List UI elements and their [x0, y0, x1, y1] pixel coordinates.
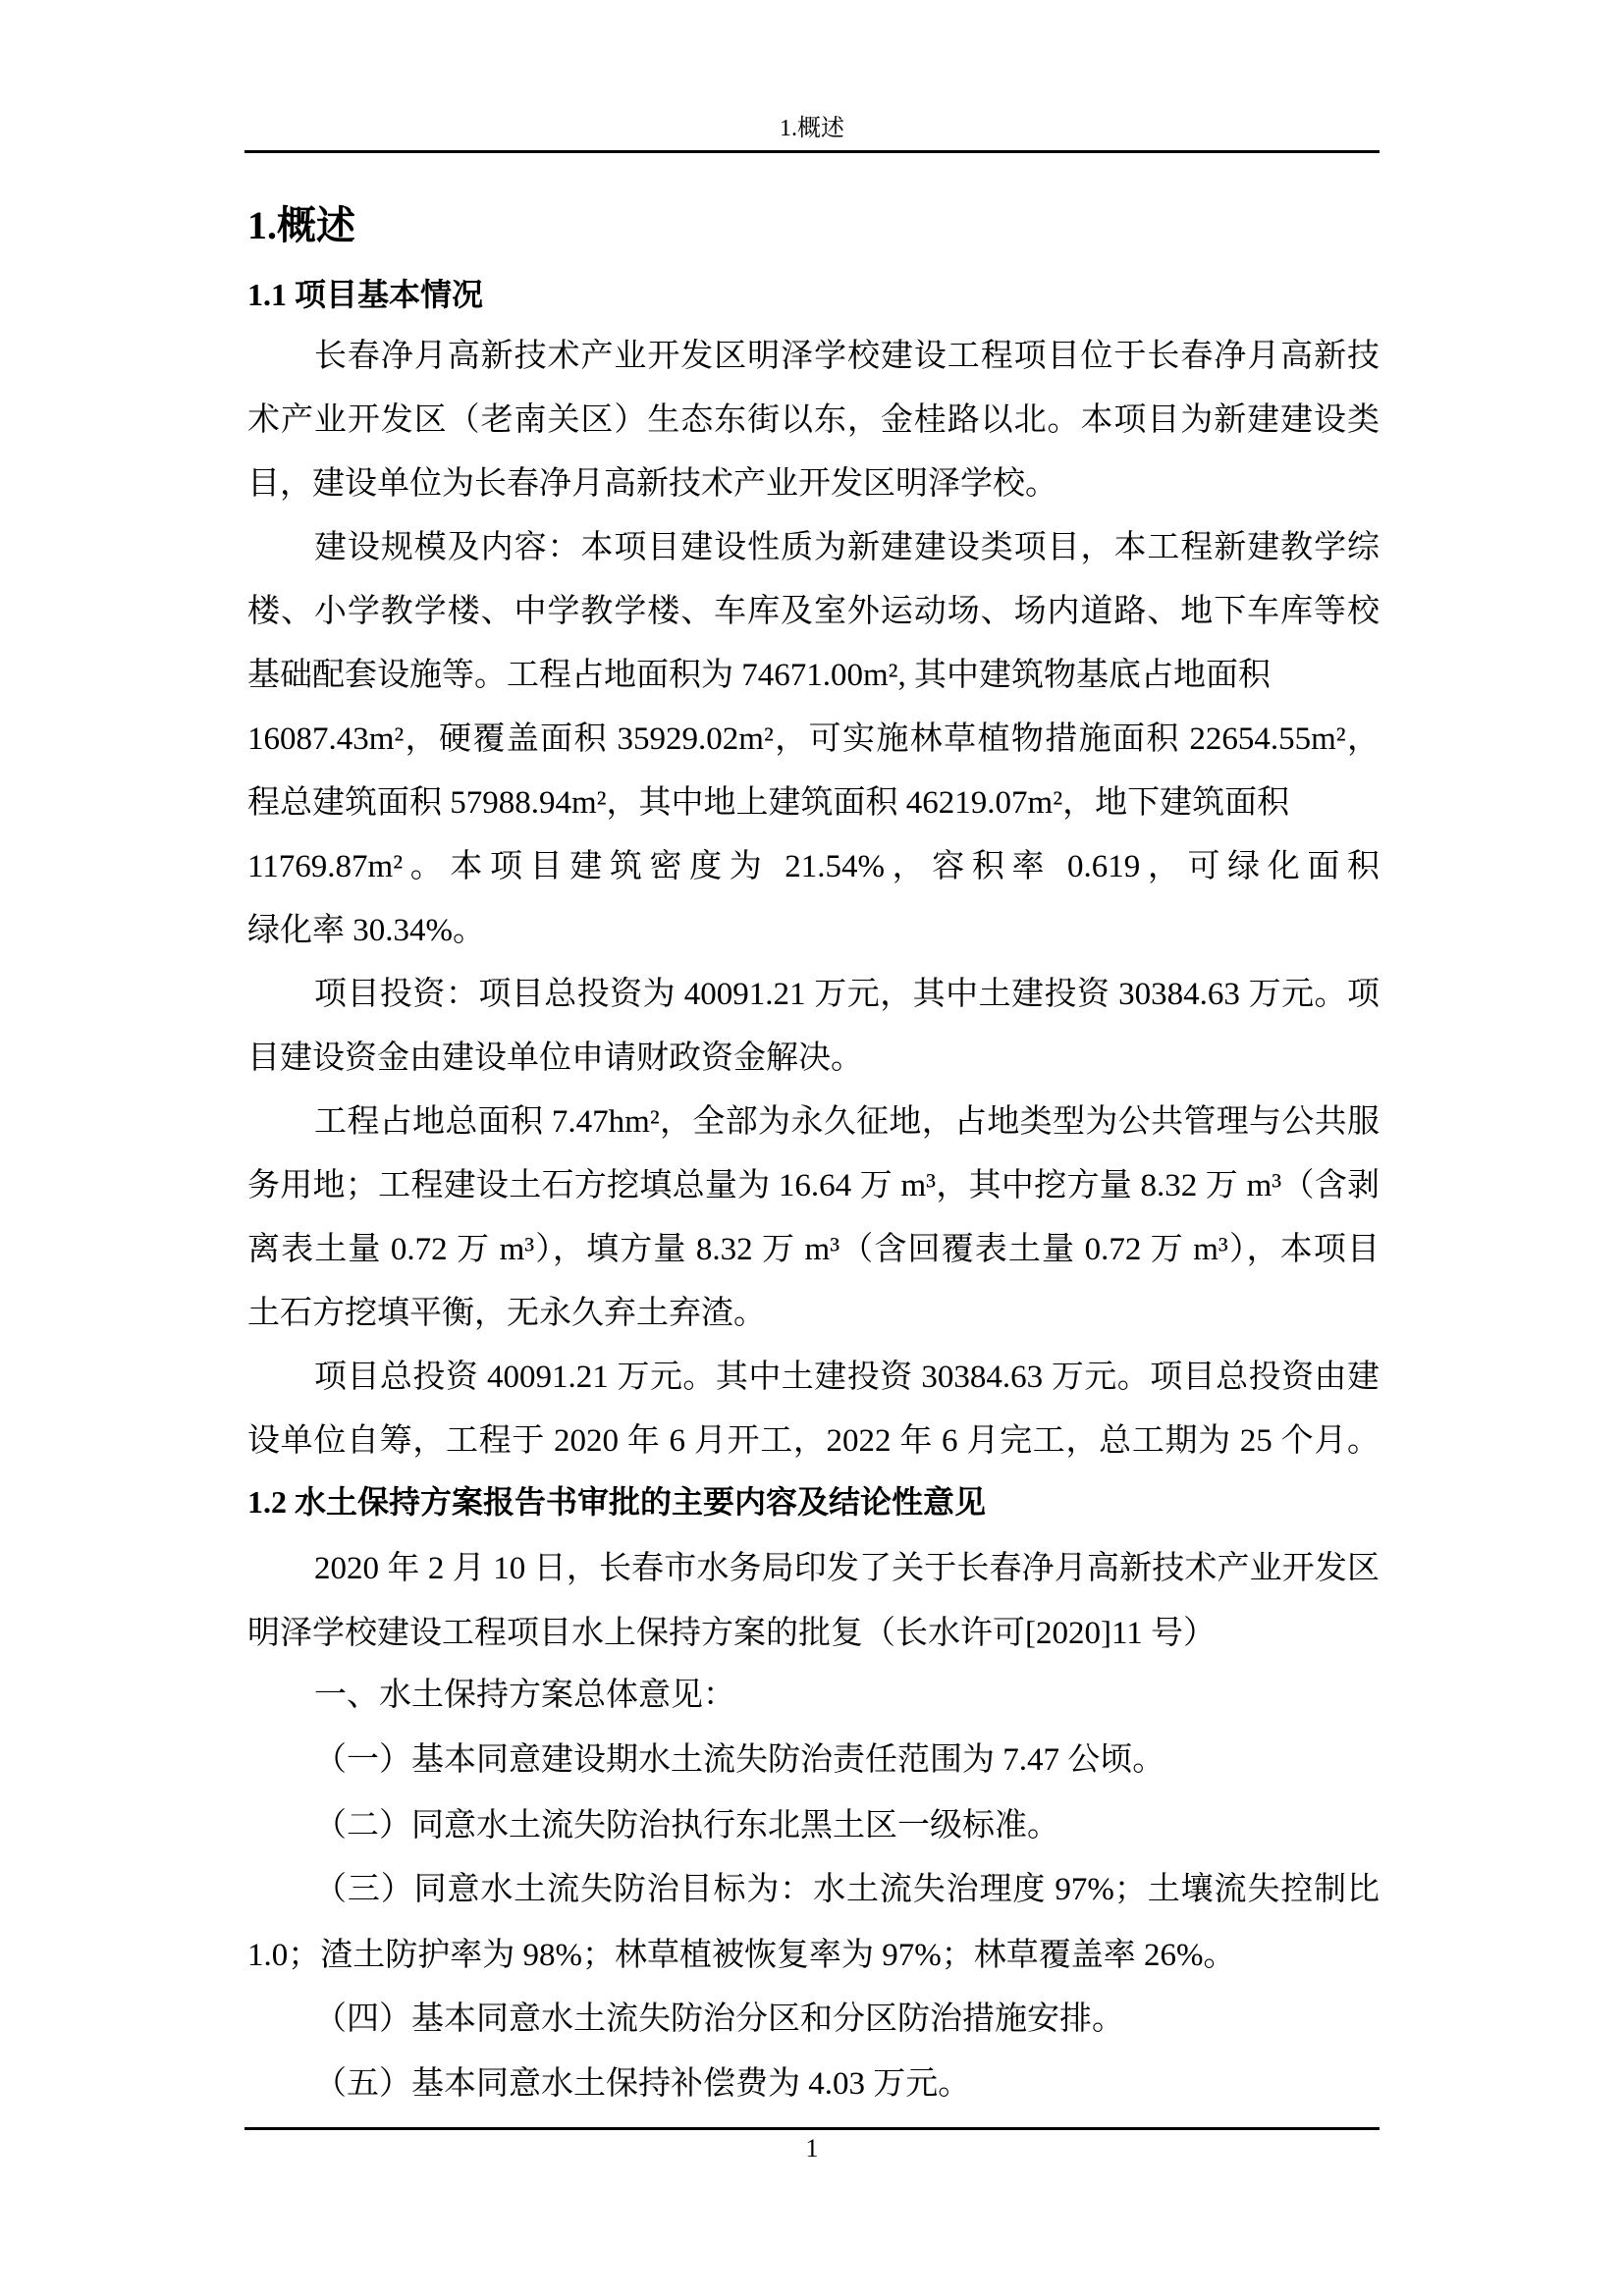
body-line: 工程占地总面积 7.47hm²，全部为永久征地，占地类型为公共管理与公共服	[314, 1100, 1380, 1144]
body-line: 项目投资：项目总投资为 40091.21 万元，其中土建投资 30384.63 …	[314, 973, 1380, 1016]
body-line: 程总建筑面积 57988.94m²，其中地上建筑面积 46219.07m²，地下…	[247, 781, 1380, 825]
document-page: 1.概述 1.概述 1.1 项目基本情况 长春净月高新技术产业开发区明泽学校建设…	[0, 0, 1624, 2296]
section-heading-1-2: 1.2 水土保持方案报告书审批的主要内容及结论性意见	[247, 1480, 986, 1523]
chapter-title: 1.概述	[247, 200, 355, 251]
body-line: 基础配套设施等。工程占地面积为 74671.00m², 其中建筑物基底占地面积	[247, 654, 1380, 697]
running-header: 1.概述	[0, 112, 1624, 145]
body-line: 务用地；工程建设土石方挖填总量为 16.64 万 m³，其中挖方量 8.32 万…	[247, 1164, 1380, 1207]
body-line: 绿化率 30.34%。	[247, 909, 1380, 952]
body-line: 土石方挖填平衡，无永久弃土弃渣。	[247, 1292, 1380, 1335]
body-line: 长春净月高新技术产业开发区明泽学校建设工程项目位于长春净月高新技	[314, 335, 1380, 378]
footer-rule	[244, 2127, 1380, 2130]
opinion-item: （四）基本同意水土流失防治分区和分区防治措施安排。	[314, 1998, 1380, 2041]
body-line: 建设规模及内容：本项目建设性质为新建建设类项目，本工程新建教学综合	[314, 526, 1380, 569]
opinion-item-continued: 1.0；渣土防护率为 98%；林草植被恢复率为 97%；林草覆盖率 26%。	[247, 1934, 1380, 1977]
body-line: 术产业开发区（老南关区）生态东街以东，金桂路以北。本项目为新建建设类项	[247, 399, 1380, 442]
opinion-item: （一）基本同意建设期水土流失防治责任范围为 7.47 公顷。	[314, 1738, 1380, 1782]
body-line: 2020 年 2 月 10 日，长春市水务局印发了关于长春净月高新技术产业开发区	[314, 1547, 1380, 1590]
body-line: 明泽学校建设工程项目水上保持方案的批复（长水许可[2020]11 号）	[247, 1612, 1380, 1655]
body-line: 目建设资金由建设单位申请财政资金解决。	[247, 1037, 1380, 1080]
section-heading-1-1: 1.1 项目基本情况	[247, 273, 483, 316]
body-line: 离表土量 0.72 万 m³），填方量 8.32 万 m³（含回覆表土量 0.7…	[247, 1228, 1380, 1271]
body-line: 项目总投资 40091.21 万元。其中土建投资 30384.63 万元。项目总…	[314, 1356, 1380, 1399]
body-line: 目，建设单位为长春净月高新技术产业开发区明泽学校。	[247, 462, 1380, 506]
body-line: 设单位自筹，工程于 2020 年 6 月开工，2022 年 6 月完工，总工期为…	[247, 1419, 1380, 1463]
body-line: 楼、小学教学楼、中学教学楼、车库及室外运动场、场内道路、地下车库等校园	[247, 590, 1380, 633]
opinion-heading: 一、水土保持方案总体意见：	[314, 1674, 1380, 1717]
body-line: 11769.87m²。本项目建筑密度为 21.54%，容积率 0.619，可绿化…	[247, 845, 1380, 888]
opinion-item: （三）同意水土流失防治目标为：水土流失治理度 97%；土壤流失控制比为	[314, 1868, 1380, 1911]
body-line: 16087.43m²，硬覆盖面积 35929.02m²，可实施林草植物措施面积 …	[247, 718, 1380, 761]
opinion-item: （二）同意水土流失防治执行东北黑土区一级标准。	[314, 1804, 1380, 1847]
opinion-item: （五）基本同意水土保持补偿费为 4.03 万元。	[314, 2062, 1380, 2106]
header-rule	[244, 150, 1380, 153]
page-number: 1	[0, 2134, 1624, 2163]
